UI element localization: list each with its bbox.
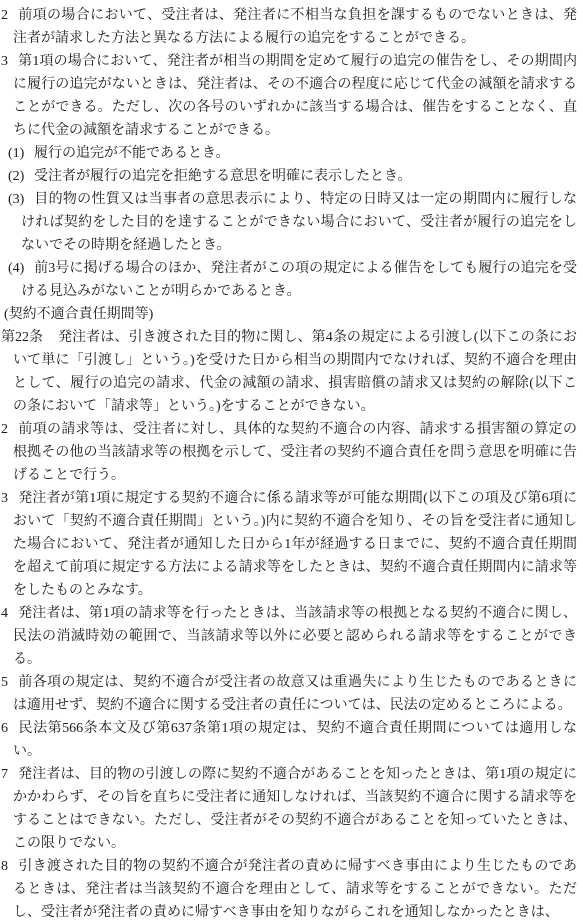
item-number: (1) — [8, 142, 34, 165]
article-22-paragraph-1: 第22条発注者は、引き渡された目的物に関し、第4条の規定による引渡し(以下この条… — [1, 326, 577, 418]
article-22-paragraph-2: 2前項の請求等は、受注者に対し、具体的な契約不適合の内容、請求する損害額の算定の… — [1, 418, 577, 487]
article-22-paragraph-7: 7発注者は、目的物の引渡しの際に契約不適合があることを知ったときは、第1項の規定… — [1, 763, 577, 855]
sub-item-1: (1)履行の追完が不能であるとき。 — [1, 142, 577, 165]
paragraph-text: 第1項の場合において、発注者が相当の期間を定めて履行の追完の催告をし、その期間内… — [13, 54, 577, 138]
paragraph-number: 2 — [1, 418, 18, 441]
item-number: (2) — [8, 165, 34, 188]
section-heading: (契約不適合責任期間等) — [1, 303, 577, 326]
paragraph-text: 前各項の規定は、契約不適合が受注者の故意又は重過失により生じたものであるときには… — [13, 675, 577, 713]
item-number: (3) — [8, 188, 34, 211]
sub-item-3: (3)目的物の性質又は当事者の意思表示により、特定の日時又は一定の期間内に履行し… — [1, 188, 577, 257]
article-22-paragraph-4: 4発注者は、第1項の請求等を行ったときは、当該請求等の根拠となる契約不適合に関し… — [1, 602, 577, 671]
article-22-paragraph-8: 8引き渡された目的物の契約不適合が発注者の責めに帰すべき事由により生じたものであ… — [1, 855, 577, 921]
paragraph-text: 発注者が第1項に規定する契約不適合に係る請求等が可能な期間(以下この項及び第6項… — [13, 491, 577, 598]
article-22-paragraph-6: 6民法第566条本文及び第637条第1項の規定は、契約不適合責任期間については適… — [1, 717, 577, 763]
document-page: 2前項の場合において、受注者は、発注者に不相当な負担を課するものでないときは、発… — [0, 0, 583, 921]
paragraph-text: 民法第566条本文及び第637条第1項の規定は、契約不適合責任期間については適用… — [13, 721, 577, 759]
article-22-paragraph-5: 5前各項の規定は、契約不適合が受注者の故意又は重過失により生じたものであるときに… — [1, 671, 577, 717]
item-number: (4) — [8, 257, 34, 280]
paragraph-number: 8 — [1, 855, 18, 878]
paragraph-text: 発注者は、第1項の請求等を行ったときは、当該請求等の根拠となる契約不適合に関し、… — [13, 606, 577, 667]
paragraph-number: 5 — [1, 671, 18, 694]
item-text: 前3号に掲げる場合のほか、発注者がこの項の規定による催告をしても履行の追完を受け… — [21, 261, 577, 299]
paragraph-number: 3 — [1, 50, 18, 73]
section-heading-text: (契約不適合責任期間等) — [4, 307, 153, 322]
paragraph-number: 3 — [1, 487, 18, 510]
item-text: 受注者が履行の追完を拒絶する意思を明確に表示したとき。 — [34, 169, 411, 184]
paragraph-text: 発注者は、目的物の引渡しの際に契約不適合があることを知ったときは、第1項の規定に… — [13, 767, 577, 851]
clause-paragraph-2: 2前項の場合において、受注者は、発注者に不相当な負担を課するものでないときは、発… — [1, 4, 577, 50]
article-number: 第22条 — [1, 326, 58, 349]
sub-item-4: (4)前3号に掲げる場合のほか、発注者がこの項の規定による催告をしても履行の追完… — [1, 257, 577, 303]
clause-paragraph-3: 3第1項の場合において、発注者が相当の期間を定めて履行の追完の催告をし、その期間… — [1, 50, 577, 142]
paragraph-text: 発注者は、引き渡された目的物に関し、第4条の規定による引渡し(以下この条において… — [13, 330, 577, 414]
item-text: 目的物の性質又は当事者の意思表示により、特定の日時又は一定の期間内に履行しなけれ… — [21, 192, 577, 253]
item-text: 履行の追完が不能であるとき。 — [34, 146, 229, 161]
paragraph-text: 引き渡された目的物の契約不適合が発注者の責めに帰すべき事由により生じたものである… — [13, 859, 577, 920]
sub-item-2: (2)受注者が履行の追完を拒絶する意思を明確に表示したとき。 — [1, 165, 577, 188]
paragraph-number: 6 — [1, 717, 18, 740]
paragraph-text: 前項の請求等は、受注者に対し、具体的な契約不適合の内容、請求する損害額の算定の根… — [13, 422, 577, 483]
paragraph-text: 前項の場合において、受注者は、発注者に不相当な負担を課するものでないときは、発注… — [13, 8, 577, 46]
paragraph-number: 4 — [1, 602, 18, 625]
paragraph-number: 2 — [1, 4, 18, 27]
paragraph-number: 7 — [1, 763, 18, 786]
article-22-paragraph-3: 3発注者が第1項に規定する契約不適合に係る請求等が可能な期間(以下この項及び第6… — [1, 487, 577, 602]
